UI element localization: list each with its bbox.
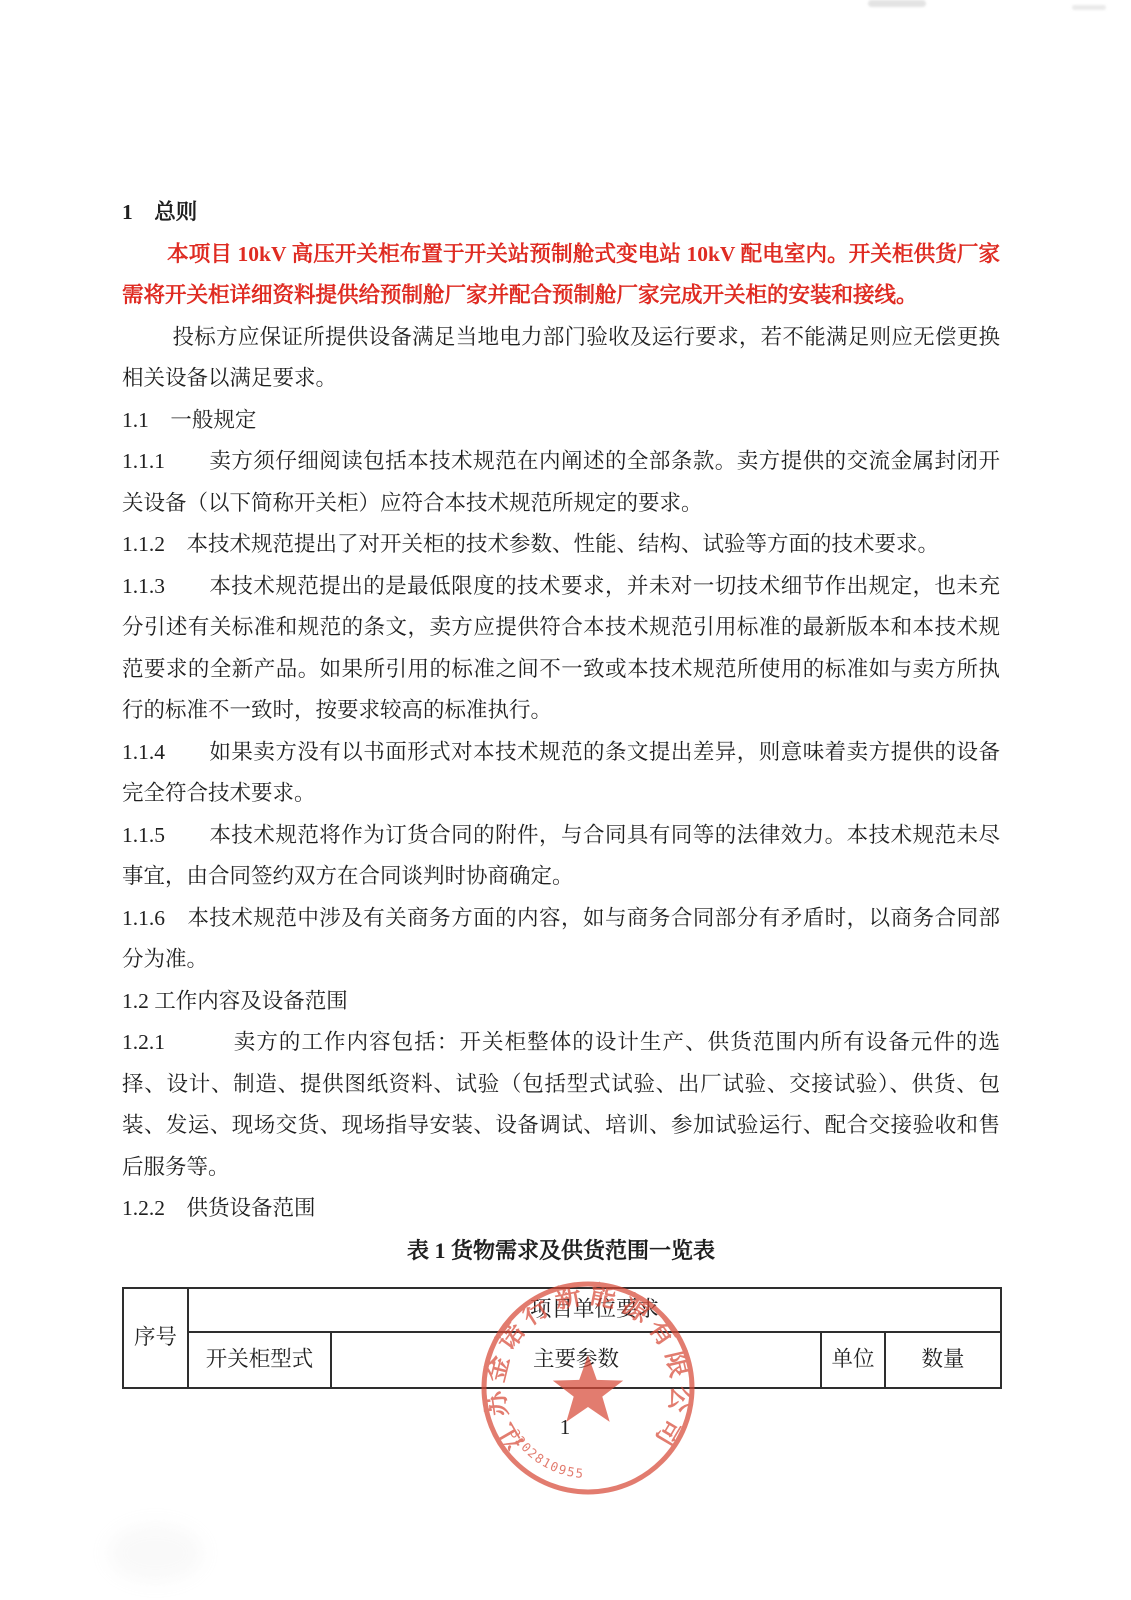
stamp-star-icon xyxy=(553,1355,623,1422)
paragraph: 1.2.2 供货设备范围 xyxy=(122,1188,1000,1230)
paragraph: 1.1.2 本技术规范提出了对开关柜的技术参数、性能、结构、试验等方面的技术要求… xyxy=(122,524,1000,566)
paragraph: 1.1.3 本技术规范提出的是最低限度的技术要求，并未对一切技术细节作出规定，也… xyxy=(122,566,1000,732)
paragraph: 1.1.5 本技术规范将作为订货合同的附件，与合同具有同等的法律效力。本技术规范… xyxy=(122,815,1000,898)
table-header-quantity: 数量 xyxy=(885,1332,1001,1388)
paragraph: 1.1.1 卖方须仔细阅读包括本技术规范在内阐述的全部条款。卖方提供的交流金属封… xyxy=(122,441,1000,524)
paragraph: 1.1 一般规定 xyxy=(122,400,1000,442)
paragraph: 1.1.6 本技术规范中涉及有关商务方面的内容，如与商务合同部分有矛盾时，以商务… xyxy=(122,898,1000,981)
document-body: 1 总则本项目 10kV 高压开关柜布置于开关站预制舱式变电站 10kV 配电室… xyxy=(122,192,1000,1389)
paragraph: 本项目 10kV 高压开关柜布置于开关站预制舱式变电站 10kV 配电室内。开关… xyxy=(122,234,1000,317)
paragraph: 1 总则 xyxy=(122,192,1000,234)
table-header-serial: 序号 xyxy=(123,1288,188,1388)
table-header-unit: 单位 xyxy=(821,1332,885,1388)
table-header-cabinet-type: 开关柜型式 xyxy=(188,1332,331,1388)
scan-smudge xyxy=(1072,5,1106,10)
paragraph: 1.2.1 卖方的工作内容包括：开关柜整体的设计生产、供货范围内所有设备元件的选… xyxy=(122,1022,1000,1188)
company-stamp: 江苏金诺行新能源有限公司 3202810955110 xyxy=(463,1263,713,1523)
page-number: 1 xyxy=(465,1415,665,1440)
paragraph: 投标方应保证所提供设备满足当地电力部门验收及运行要求，若不能满足则应无偿更换相关… xyxy=(122,317,1000,400)
paragraph: 1.2 工作内容及设备范围 xyxy=(122,981,1000,1023)
scan-smudge xyxy=(868,0,926,7)
document-page: 1 总则本项目 10kV 高压开关柜布置于开关站预制舱式变电站 10kV 配电室… xyxy=(0,0,1131,1600)
paragraph: 1.1.4 如果卖方没有以书面形式对本技术规范的条文提出差异，则意味着卖方提供的… xyxy=(122,732,1000,815)
scan-smudge xyxy=(108,1524,203,1582)
